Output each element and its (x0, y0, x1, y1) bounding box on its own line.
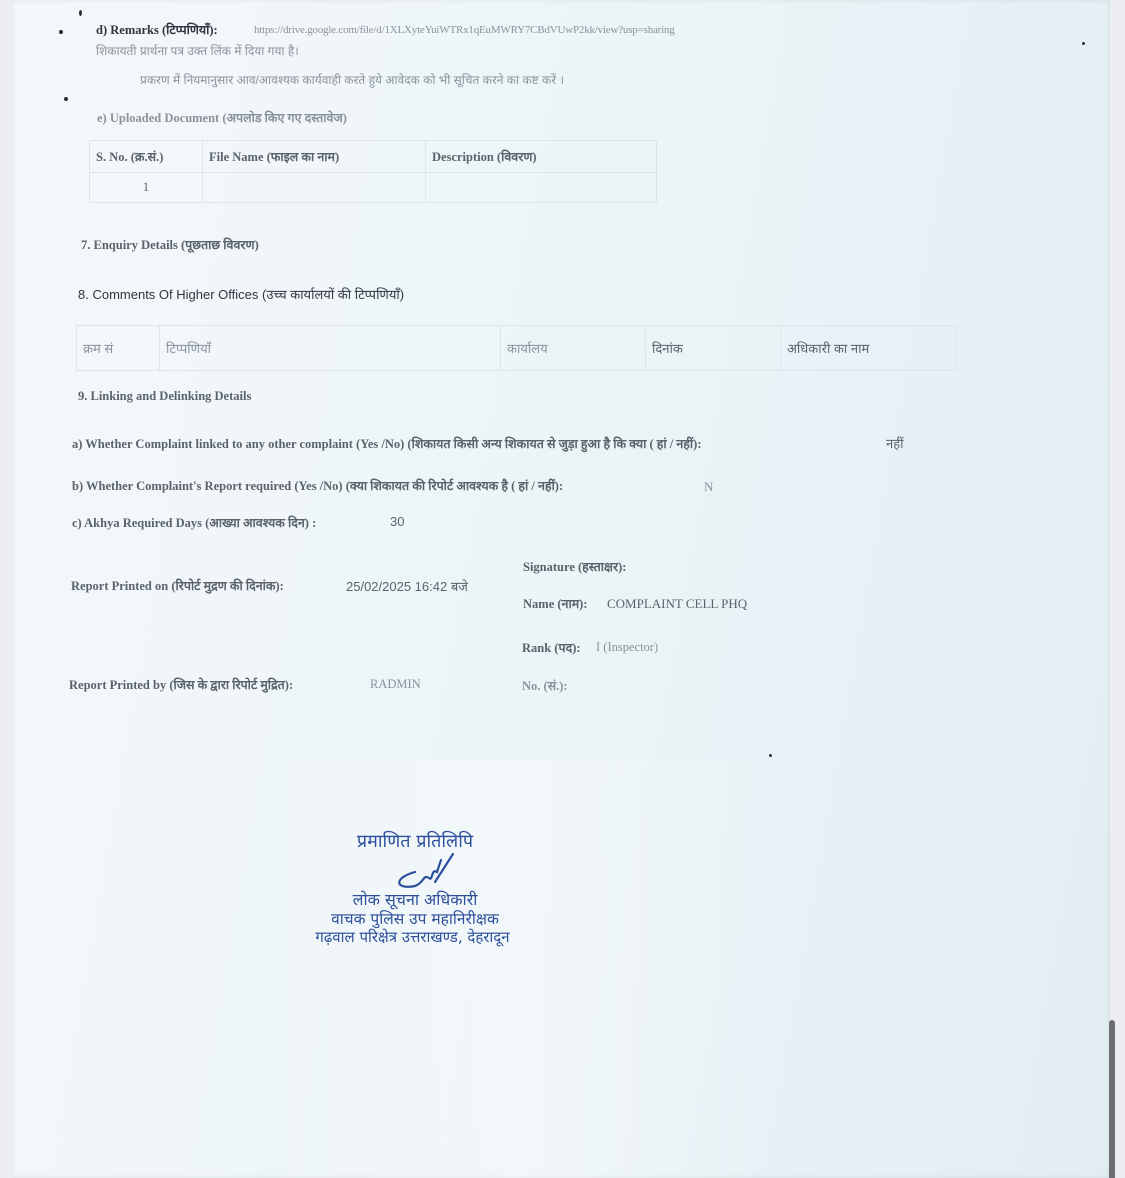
higher-offices-heading: 8. Comments Of Higher Offices (उच्च कार्… (78, 285, 404, 303)
speck (79, 10, 82, 16)
report-required-label: b) Whether Complaint's Report required (… (72, 477, 563, 494)
rank-label: Rank (पद): (522, 639, 581, 656)
speck (769, 754, 772, 757)
header-description: Description (विवरण) (426, 141, 657, 173)
speck (1082, 42, 1085, 45)
remarks-label: d) Remarks (टिप्पणियाँ): (96, 21, 218, 38)
header-sno: S. No. (क्र.सं.) (90, 141, 203, 173)
cell-description (426, 173, 657, 203)
header-file-name: File Name (फाइल का नाम) (203, 141, 426, 173)
header-officer-name: अधिकारी का नाम (781, 326, 956, 371)
name-value: COMPLAINT CELL PHQ (607, 596, 747, 612)
linking-heading: 9. Linking and Delinking Details (78, 389, 251, 404)
remarks-line-3: प्रकरण में नियमानुसार आव/आवश्यक कार्यवाह… (140, 71, 564, 88)
printed-on-label: Report Printed on (रिपोर्ट मुद्रण की दिन… (71, 577, 284, 594)
header-date: दिनांक (646, 326, 781, 371)
remarks-link[interactable]: https://drive.google.com/file/d/1XLXyteY… (254, 24, 675, 36)
paper-fold-shading (267, 760, 767, 1178)
scrollbar-track[interactable] (1110, 0, 1125, 1178)
rank-value: I (Inspector) (596, 640, 658, 655)
remarks-line-2: शिकायती प्रार्थना पत्र उक्त लिंक में दिय… (96, 42, 299, 59)
speck (59, 30, 63, 34)
linked-complaint-label: a) Whether Complaint linked to any other… (72, 435, 702, 452)
report-required-value: N (704, 479, 713, 495)
linked-complaint-value: नहीं (886, 434, 904, 452)
stamp-designation: वाचक पुलिस उप महानिरीक्षक (290, 907, 540, 929)
printed-by-value: RADMIN (370, 677, 421, 692)
printed-on-value: 25/02/2025 16:42 बजे (346, 577, 468, 595)
stamp-region: गढ़वाल परिक्षेत्र उत्तराखण्ड, देहरादून (280, 927, 545, 947)
cell-sno: 1 (90, 173, 203, 203)
uploaded-document-label: e) Uploaded Document (अपलोड किए गए दस्ता… (97, 109, 347, 126)
cell-file-name (203, 173, 426, 203)
higher-offices-table: क्रम सं टिप्पणियाँ कार्यालय दिनांक अधिका… (76, 325, 956, 371)
enquiry-details-heading: 7. Enquiry Details (पूछताछ विवरण) (81, 236, 259, 253)
signature-label: Signature (हस्ताक्षर): (523, 558, 626, 575)
header-office: कार्यालय (501, 326, 646, 371)
table-row: 1 (90, 173, 657, 203)
akhya-days-value: 30 (390, 514, 404, 529)
scrollbar-thumb[interactable] (1109, 1020, 1115, 1178)
number-label: No. (सं.): (522, 677, 568, 694)
speck (64, 97, 68, 101)
printed-by-label: Report Printed by (जिस के द्वारा रिपोर्ट… (69, 676, 293, 693)
akhya-days-label: c) Akhya Required Days (आख्या आवश्यक दिन… (72, 514, 316, 531)
name-label: Name (नाम): (523, 595, 588, 612)
header-serial: क्रम सं (77, 326, 160, 371)
uploaded-documents-table: S. No. (क्र.सं.) File Name (फाइल का नाम)… (89, 140, 657, 203)
header-comments: टिप्पणियाँ (160, 326, 501, 371)
